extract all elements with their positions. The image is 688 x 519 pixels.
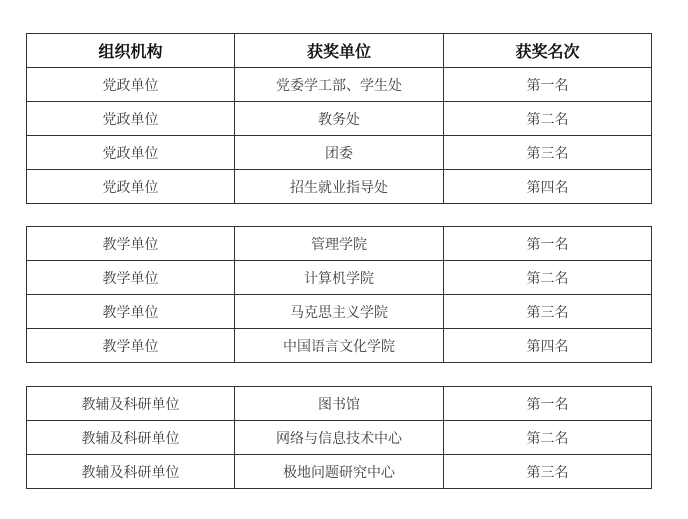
- cell-org: 教辅及科研单位: [27, 387, 235, 421]
- cell-unit: 中国语言文化学院: [235, 329, 444, 363]
- cell-rank: 第四名: [444, 329, 652, 363]
- table-row: 党政单位 招生就业指导处 第四名: [27, 170, 652, 204]
- cell-org: 党政单位: [27, 68, 235, 102]
- cell-unit: 图书馆: [235, 387, 444, 421]
- table-row: 教辅及科研单位 图书馆 第一名: [27, 387, 652, 421]
- cell-rank: 第二名: [444, 421, 652, 455]
- cell-org: 教学单位: [27, 261, 235, 295]
- cell-unit: 招生就业指导处: [235, 170, 444, 204]
- cell-rank: 第一名: [444, 68, 652, 102]
- cell-rank: 第三名: [444, 295, 652, 329]
- cell-unit: 团委: [235, 136, 444, 170]
- cell-org: 教辅及科研单位: [27, 455, 235, 489]
- cell-org: 教学单位: [27, 227, 235, 261]
- table-row: 教学单位 中国语言文化学院 第四名: [27, 329, 652, 363]
- cell-rank: 第一名: [444, 387, 652, 421]
- auxiliary-research-units-awards-table: 教辅及科研单位 图书馆 第一名 教辅及科研单位 网络与信息技术中心 第二名 教辅…: [26, 386, 652, 489]
- cell-rank: 第二名: [444, 261, 652, 295]
- cell-unit: 马克思主义学院: [235, 295, 444, 329]
- cell-rank: 第二名: [444, 102, 652, 136]
- table-row: 教辅及科研单位 极地问题研究中心 第三名: [27, 455, 652, 489]
- cell-unit: 极地问题研究中心: [235, 455, 444, 489]
- cell-rank: 第三名: [444, 455, 652, 489]
- teaching-units-awards-table: 教学单位 管理学院 第一名 教学单位 计算机学院 第二名 教学单位 马克思主义学…: [26, 226, 652, 363]
- header-rank: 获奖名次: [444, 34, 652, 68]
- cell-rank: 第一名: [444, 227, 652, 261]
- table-row: 党政单位 团委 第三名: [27, 136, 652, 170]
- cell-unit: 计算机学院: [235, 261, 444, 295]
- table-row: 教学单位 马克思主义学院 第三名: [27, 295, 652, 329]
- cell-unit: 党委学工部、学生处: [235, 68, 444, 102]
- cell-org: 党政单位: [27, 102, 235, 136]
- cell-rank: 第三名: [444, 136, 652, 170]
- cell-org: 教学单位: [27, 329, 235, 363]
- table-header-row: 组织机构 获奖单位 获奖名次: [27, 34, 652, 68]
- table-row: 教辅及科研单位 网络与信息技术中心 第二名: [27, 421, 652, 455]
- table-row: 党政单位 党委学工部、学生处 第一名: [27, 68, 652, 102]
- cell-unit: 教务处: [235, 102, 444, 136]
- cell-org: 教辅及科研单位: [27, 421, 235, 455]
- header-unit: 获奖单位: [235, 34, 444, 68]
- cell-rank: 第四名: [444, 170, 652, 204]
- table-row: 教学单位 管理学院 第一名: [27, 227, 652, 261]
- cell-org: 党政单位: [27, 170, 235, 204]
- cell-unit: 网络与信息技术中心: [235, 421, 444, 455]
- party-government-awards-table: 组织机构 获奖单位 获奖名次 党政单位 党委学工部、学生处 第一名 党政单位 教…: [26, 33, 652, 204]
- header-org: 组织机构: [27, 34, 235, 68]
- cell-unit: 管理学院: [235, 227, 444, 261]
- cell-org: 党政单位: [27, 136, 235, 170]
- table-row: 党政单位 教务处 第二名: [27, 102, 652, 136]
- table-row: 教学单位 计算机学院 第二名: [27, 261, 652, 295]
- cell-org: 教学单位: [27, 295, 235, 329]
